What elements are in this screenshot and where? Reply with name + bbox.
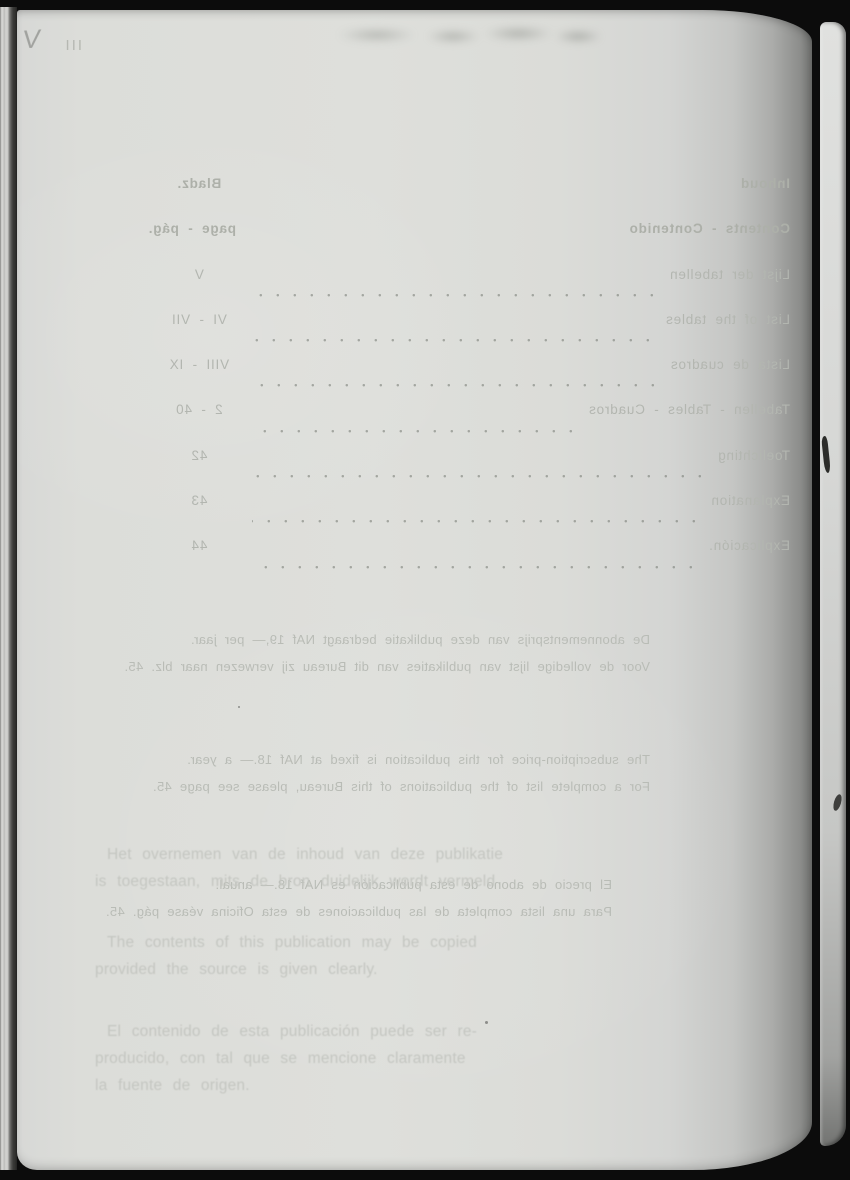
toc-pages: 44 bbox=[162, 538, 236, 553]
bleedthrough-title-smudge bbox=[328, 21, 600, 49]
toc-pages: 42 bbox=[162, 448, 236, 463]
dot-leader bbox=[252, 566, 692, 569]
dot-leader bbox=[252, 294, 653, 297]
toc-row: Inhoud Bladz. bbox=[162, 176, 790, 221]
toc-label: List of the tables bbox=[665, 312, 790, 327]
dot-leader bbox=[252, 339, 649, 342]
toc-row: Lista de cuadros VIII - IX bbox=[162, 357, 790, 402]
note-line: El contenido de esta publicación puede s… bbox=[95, 1018, 477, 1045]
note-line: For a complete list of the publications … bbox=[153, 773, 650, 800]
next-page-edge bbox=[820, 22, 846, 1146]
copyright-notice-spanish: El contenido de esta publicación puede s… bbox=[95, 1018, 477, 1099]
dot-leader bbox=[252, 203, 724, 206]
copyright-notice-dutch: Het overnemen van de inhoud van deze pub… bbox=[95, 841, 503, 895]
note-line: Para una lista completa de las publicaci… bbox=[106, 898, 612, 925]
dust-speck bbox=[238, 706, 240, 708]
toc-pages: VI - VII bbox=[162, 312, 236, 327]
toc-label: Tabellen - Tables - Cuadros bbox=[588, 402, 790, 417]
page-edges-left bbox=[0, 7, 17, 1170]
copyright-notice-english: The contents of this publication may be … bbox=[95, 929, 477, 983]
dot-leader bbox=[252, 475, 701, 478]
note-line: is toegestaan, mits de bron duidelijk wo… bbox=[95, 868, 503, 895]
toc-pages: Bladz. bbox=[162, 176, 236, 191]
table-of-contents-ghost: Inhoud Bladz. Contents - Contenido page … bbox=[162, 176, 790, 584]
toc-label: Explicación. bbox=[708, 538, 790, 553]
toc-row: Tabellen - Tables - Cuadros 2 - 40 bbox=[162, 402, 790, 447]
dot-leader bbox=[252, 520, 695, 523]
note-line: Het overnemen van de inhoud van deze pub… bbox=[95, 841, 503, 868]
note-line: De abonnementsprijs van deze publikatie … bbox=[124, 626, 650, 653]
toc-row: Lijst der tabellen V bbox=[162, 267, 790, 312]
bleedthrough-page-number: III bbox=[63, 37, 82, 54]
dot-leader bbox=[252, 430, 572, 433]
toc-label: Explanation bbox=[711, 493, 790, 508]
dot-leader bbox=[252, 249, 613, 252]
dot-leader bbox=[252, 384, 654, 387]
book-scan: III Inhoud Bladz. Contents - Contenido p… bbox=[0, 0, 850, 1180]
note-line: The contents of this publication may be … bbox=[95, 929, 477, 956]
pencil-check-mark: V bbox=[21, 23, 42, 55]
subscription-note-english: The subscription-price for this publicat… bbox=[153, 746, 650, 800]
paper-sheet: III Inhoud Bladz. Contents - Contenido p… bbox=[17, 10, 812, 1170]
note-line: la fuente de origen. bbox=[95, 1072, 477, 1099]
toc-label: Lista de cuadros bbox=[670, 357, 790, 372]
toc-pages: VIII - IX bbox=[162, 357, 236, 372]
toc-label: Lijst der tabellen bbox=[669, 267, 790, 282]
toc-label: Toelichting bbox=[717, 448, 790, 463]
toc-row: Explanation 43 bbox=[162, 493, 790, 538]
toc-row: Toelichting 42 bbox=[162, 448, 790, 493]
toc-label: Inhoud bbox=[740, 176, 790, 191]
dust-speck bbox=[485, 1021, 488, 1024]
note-line: provided the source is given clearly. bbox=[95, 956, 477, 983]
note-line: Voor de volledige lijst van publikaties … bbox=[124, 653, 650, 680]
note-line: The subscription-price for this publicat… bbox=[153, 746, 650, 773]
toc-pages: 2 - 40 bbox=[162, 402, 236, 417]
bleedthrough-layer: III Inhoud Bladz. Contents - Contenido p… bbox=[17, 10, 812, 1170]
toc-row: Explicación. 44 bbox=[162, 538, 790, 583]
toc-row: List of the tables VI - VII bbox=[162, 312, 790, 357]
subscription-note-dutch: De abonnementsprijs van deze publikatie … bbox=[124, 626, 650, 680]
toc-pages: 43 bbox=[162, 493, 236, 508]
toc-label: Contents - Contenido bbox=[629, 221, 790, 236]
toc-pages: V bbox=[162, 267, 236, 282]
toc-row: Contents - Contenido page - pág. bbox=[162, 221, 790, 266]
toc-pages: page - pág. bbox=[162, 221, 236, 236]
note-line: producido, con tal que se mencione clara… bbox=[95, 1045, 477, 1072]
